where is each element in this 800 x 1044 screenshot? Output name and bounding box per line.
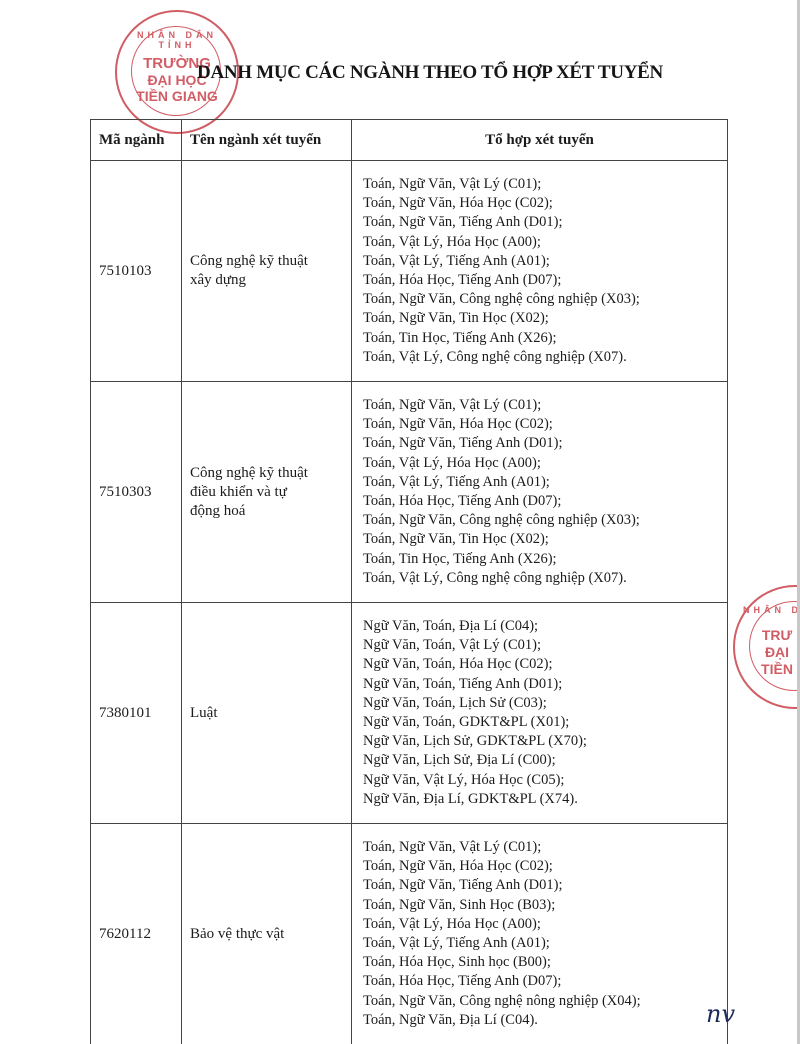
- combination-item: Toán, Ngữ Văn, Sinh Học (B03);: [363, 896, 727, 915]
- admission-combinations-table: Mã ngành Tên ngành xét tuyển Tổ hợp xét …: [90, 119, 728, 1044]
- table-row: 7510303Công nghệ kỹ thuật điều khiển và …: [91, 382, 728, 603]
- combination-item: Toán, Ngữ Văn, Công nghệ công nghiệp (X0…: [363, 290, 727, 309]
- subject-combinations: Toán, Ngữ Văn, Vật Lý (C01);Toán, Ngữ Vă…: [352, 382, 728, 603]
- major-code: 7620112: [91, 824, 182, 1044]
- major-name: Bảo vệ thực vật: [182, 824, 352, 1044]
- combination-item: Toán, Vật Lý, Tiếng Anh (A01);: [363, 934, 727, 953]
- combination-item: Toán, Hóa Học, Sinh học (B00);: [363, 953, 727, 972]
- school-seal-stamp-partial: NHÂN DÂN TRƯ ĐẠI TIỀN: [733, 585, 800, 709]
- major-code: 7510303: [91, 382, 182, 603]
- major-name: Công nghệ kỹ thuật điều khiển và tự động…: [182, 382, 352, 603]
- table-header-row: Mã ngành Tên ngành xét tuyển Tổ hợp xét …: [91, 120, 728, 161]
- combination-item: Toán, Ngữ Văn, Tiếng Anh (D01);: [363, 213, 727, 232]
- combination-item: Toán, Hóa Học, Tiếng Anh (D07);: [363, 492, 727, 511]
- table-row: 7380101LuậtNgữ Văn, Toán, Địa Lí (C04);N…: [91, 603, 728, 824]
- seal-line: TIỀN: [735, 661, 800, 677]
- combination-item: Toán, Vật Lý, Hóa Học (A00);: [363, 233, 727, 252]
- combination-item: Toán, Vật Lý, Công nghệ công nghiệp (X07…: [363, 348, 727, 367]
- major-name: Công nghệ kỹ thuật xây dựng: [182, 161, 352, 382]
- page-title: DANH MỤC CÁC NGÀNH THEO TỔ HỢP XÉT TUYỂN: [150, 62, 710, 84]
- combination-item: Toán, Hóa Học, Tiếng Anh (D07);: [363, 271, 727, 290]
- combination-item: Toán, Ngữ Văn, Hóa Học (C02);: [363, 857, 727, 876]
- seal-line: TIỀN GIANG: [117, 88, 237, 104]
- header-combinations: Tổ hợp xét tuyển: [352, 120, 728, 161]
- combination-item: Toán, Ngữ Văn, Địa Lí (C04).: [363, 1011, 727, 1030]
- combination-item: Toán, Ngữ Văn, Tin Học (X02);: [363, 530, 727, 549]
- combination-item: Toán, Vật Lý, Công nghệ công nghiệp (X07…: [363, 569, 727, 588]
- subject-combinations: Toán, Ngữ Văn, Vật Lý (C01);Toán, Ngữ Vă…: [352, 824, 728, 1044]
- combination-item: Ngữ Văn, Toán, Hóa Học (C02);: [363, 655, 727, 674]
- combination-item: Toán, Ngữ Văn, Tiếng Anh (D01);: [363, 434, 727, 453]
- combination-item: Ngữ Văn, Toán, Địa Lí (C04);: [363, 617, 727, 636]
- combination-item: Toán, Ngữ Văn, Công nghệ công nghiệp (X0…: [363, 511, 727, 530]
- table-row: 7510103Công nghệ kỹ thuật xây dựngToán, …: [91, 161, 728, 382]
- combination-item: Toán, Vật Lý, Tiếng Anh (A01);: [363, 473, 727, 492]
- combination-item: Toán, Hóa Học, Tiếng Anh (D07);: [363, 972, 727, 991]
- combination-item: Toán, Ngữ Văn, Vật Lý (C01);: [363, 838, 727, 857]
- combination-item: Ngữ Văn, Toán, GDKT&PL (X01);: [363, 713, 727, 732]
- major-name: Luật: [182, 603, 352, 824]
- combination-item: Ngữ Văn, Toán, Tiếng Anh (D01);: [363, 675, 727, 694]
- major-code: 7510103: [91, 161, 182, 382]
- table-row: 7620112Bảo vệ thực vậtToán, Ngữ Văn, Vật…: [91, 824, 728, 1044]
- combination-item: Ngữ Văn, Địa Lí, GDKT&PL (X74).: [363, 790, 727, 809]
- seal-ring-text: NHÂN DÂN TỈNH: [117, 30, 237, 50]
- combination-item: Toán, Ngữ Văn, Vật Lý (C01);: [363, 175, 727, 194]
- combination-item: Toán, Vật Lý, Hóa Học (A00);: [363, 454, 727, 473]
- combination-item: Ngữ Văn, Lịch Sử, Địa Lí (C00);: [363, 751, 727, 770]
- combination-item: Toán, Ngữ Văn, Công nghệ nông nghiệp (X0…: [363, 992, 727, 1011]
- combination-item: Ngữ Văn, Vật Lý, Hóa Học (C05);: [363, 771, 727, 790]
- header-major-code: Mã ngành: [91, 120, 182, 161]
- seal-ring-text: NHÂN DÂN: [735, 605, 800, 615]
- combination-item: Toán, Tin Học, Tiếng Anh (X26);: [363, 329, 727, 348]
- header-major-name: Tên ngành xét tuyển: [182, 120, 352, 161]
- combination-item: Toán, Vật Lý, Tiếng Anh (A01);: [363, 252, 727, 271]
- combination-item: Toán, Ngữ Văn, Vật Lý (C01);: [363, 396, 727, 415]
- combination-item: Toán, Ngữ Văn, Tiếng Anh (D01);: [363, 876, 727, 895]
- combination-item: Ngữ Văn, Lịch Sử, GDKT&PL (X70);: [363, 732, 727, 751]
- combination-item: Ngữ Văn, Toán, Lịch Sử (C03);: [363, 694, 727, 713]
- seal-line: ĐẠI: [735, 644, 800, 660]
- combination-item: Toán, Ngữ Văn, Hóa Học (C02);: [363, 194, 727, 213]
- subject-combinations: Ngữ Văn, Toán, Địa Lí (C04);Ngữ Văn, Toá…: [352, 603, 728, 824]
- handwritten-signature: nv: [706, 1000, 735, 1028]
- seal-line: TRƯ: [735, 627, 800, 643]
- major-code: 7380101: [91, 603, 182, 824]
- combination-item: Toán, Tin Học, Tiếng Anh (X26);: [363, 550, 727, 569]
- subject-combinations: Toán, Ngữ Văn, Vật Lý (C01);Toán, Ngữ Vă…: [352, 161, 728, 382]
- combination-item: Toán, Ngữ Văn, Tin Học (X02);: [363, 309, 727, 328]
- combination-item: Toán, Vật Lý, Hóa Học (A00);: [363, 915, 727, 934]
- combination-item: Toán, Ngữ Văn, Hóa Học (C02);: [363, 415, 727, 434]
- combination-item: Ngữ Văn, Toán, Vật Lý (C01);: [363, 636, 727, 655]
